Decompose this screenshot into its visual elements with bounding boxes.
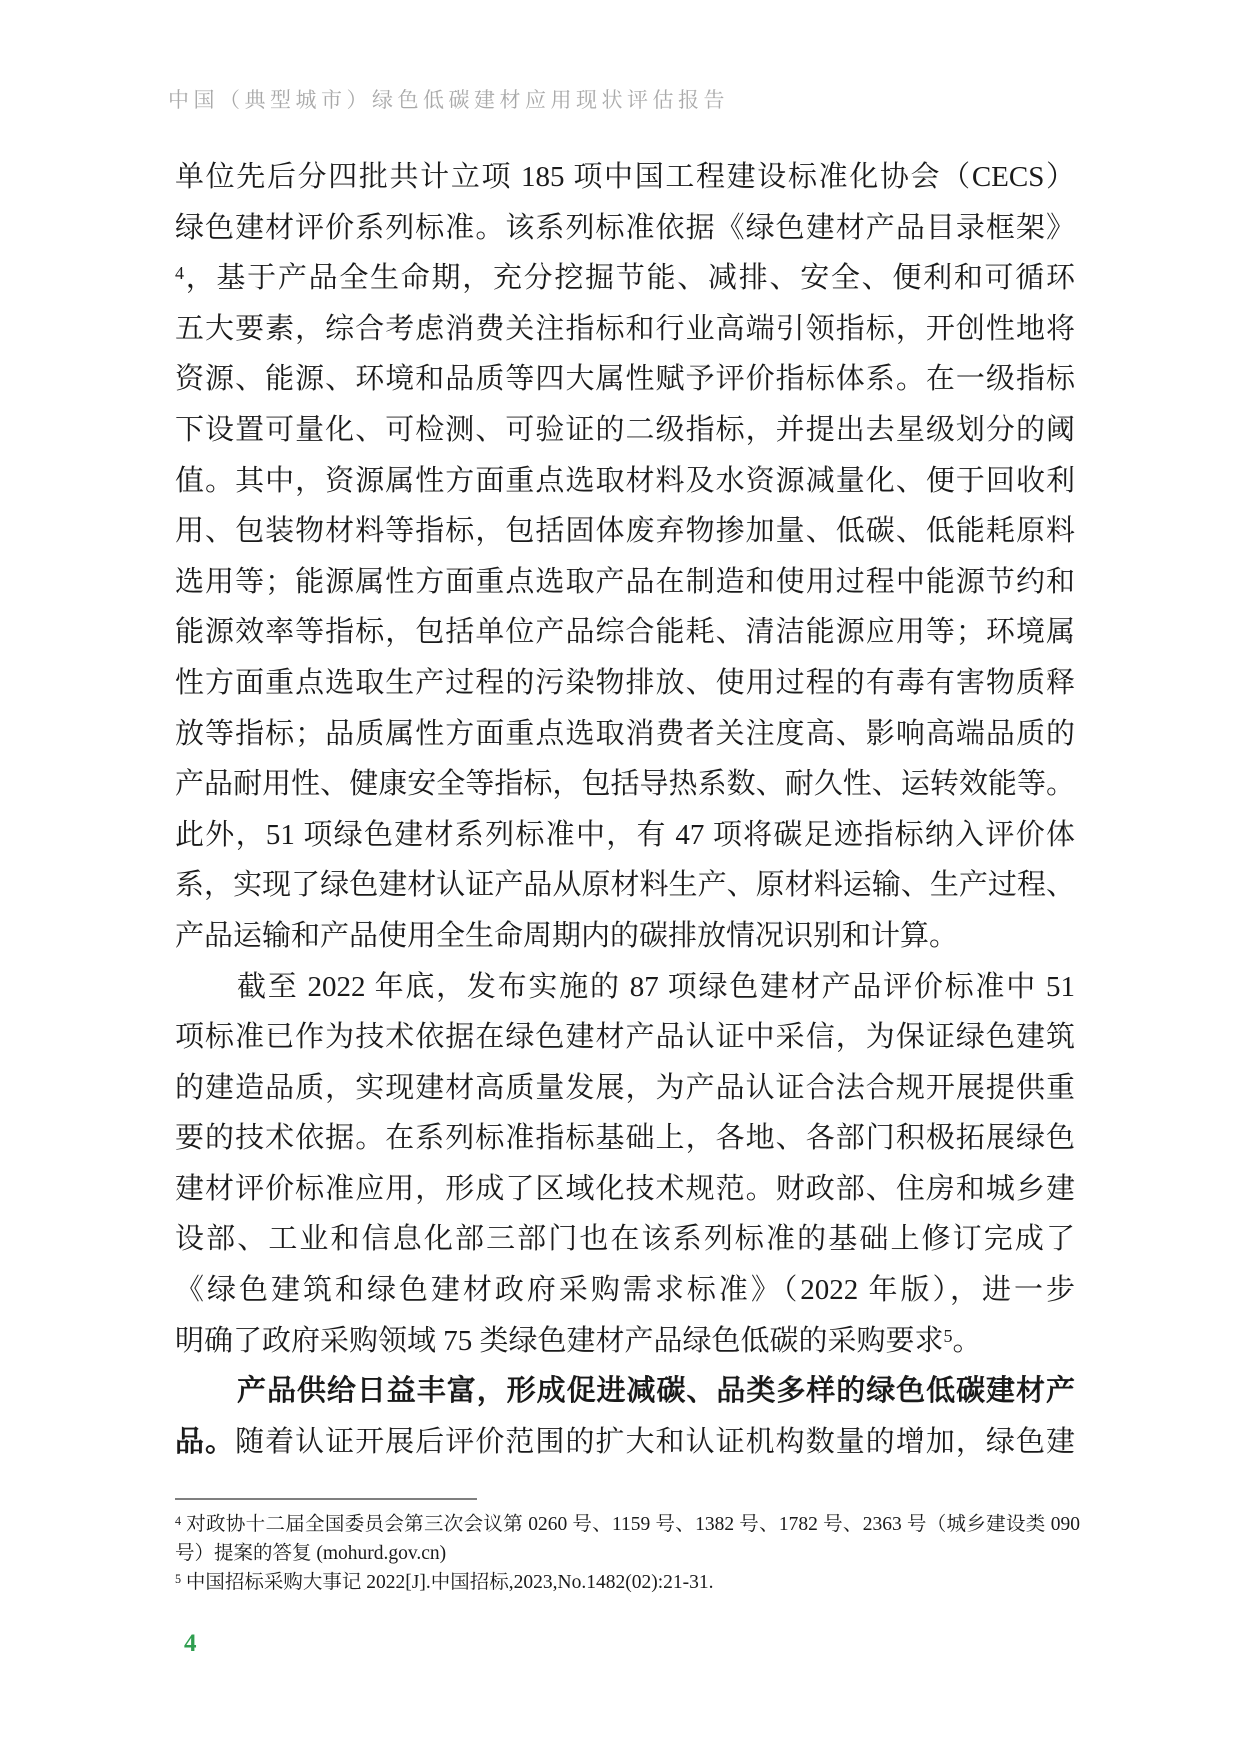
body-line: 五大要素，综合考虑消费关注指标和行业高端引领指标，开创性地将 xyxy=(175,304,1075,355)
text-run: 系，实现了绿色建材认证产品从原材料生产、原材料运输、生产过程、 xyxy=(175,869,1075,901)
text-run: 下设置可量化、可检测、可验证的二级指标，并提出去星级划分的阈 xyxy=(175,414,1075,446)
superscript-ref: 5 xyxy=(175,1572,181,1586)
text-run: 明确了政府采购领域 75 类绿色建材产品绿色低碳的采购要求 xyxy=(175,1325,944,1357)
footnote-line: 4 对政协十二届全国委员会第三次会议第 0260 号、1159 号、1382 号… xyxy=(175,1510,1080,1539)
text-run: 品。 xyxy=(175,1426,235,1458)
body-line: 值。其中，资源属性方面重点选取材料及水资源减量化、便于回收利 xyxy=(175,456,1075,507)
text-run: 要的技术依据。在系列标准指标基础上，各地、各部门积极拓展绿色 xyxy=(175,1122,1075,1154)
text-run: 《绿色建筑和绿色建材政府采购需求标准》（2022 年版），进一步 xyxy=(175,1274,1075,1306)
document-page: 中国（典型城市）绿色低碳建材应用现状评估报告 单位先后分四批共计立项 185 项… xyxy=(0,0,1241,1754)
body-line: 《绿色建筑和绿色建材政府采购需求标准》（2022 年版），进一步 xyxy=(175,1265,1075,1316)
body-line: 建材评价标准应用，形成了区域化技术规范。财政部、住房和城乡建 xyxy=(175,1164,1075,1215)
footnote-separator xyxy=(175,1498,477,1500)
body-line: 截至 2022 年底，发布实施的 87 项绿色建材产品评价标准中 51 xyxy=(175,962,1075,1013)
body-line: 产品供给日益丰富，形成促进减碳、品类多样的绿色低碳建材产 xyxy=(175,1366,1075,1417)
superscript-ref: 4 xyxy=(175,1514,181,1528)
body-line: 要的技术依据。在系列标准指标基础上，各地、各部门积极拓展绿色 xyxy=(175,1113,1075,1164)
text-run: 。 xyxy=(953,1325,982,1357)
body-line: 系，实现了绿色建材认证产品从原材料生产、原材料运输、生产过程、 xyxy=(175,860,1075,911)
body-line: 绿色建材评价系列标准。该系列标准依据《绿色建材产品目录框架》 xyxy=(175,203,1075,254)
body-line: 此外，51 项绿色建材系列标准中，有 47 项将碳足迹指标纳入评价体 xyxy=(175,810,1075,861)
text-run: 资源、能源、环境和品质等四大属性赋予评价指标体系。在一级指标 xyxy=(175,363,1075,395)
text-run: 单位先后分四批共计立项 185 项中国工程建设标准化协会（CECS） xyxy=(175,161,1075,193)
text-run: 截至 2022 年底，发布实施的 87 项绿色建材产品评价标准中 51 xyxy=(237,971,1075,1003)
text-run: ，基于产品全生命期，充分挖掘节能、减排、安全、便利和可循环 xyxy=(184,262,1075,294)
text-run: 的建造品质，实现建材高质量发展，为产品认证合法合规开展提供重 xyxy=(175,1072,1075,1104)
body-line: 明确了政府采购领域 75 类绿色建材产品绿色低碳的采购要求5。 xyxy=(175,1316,1075,1367)
text-run: 建材评价标准应用，形成了区域化技术规范。财政部、住房和城乡建 xyxy=(175,1173,1075,1205)
running-header-title: 中国（典型城市）绿色低碳建材应用现状评估报告 xyxy=(168,84,729,114)
text-run: 此外，51 项绿色建材系列标准中，有 47 项将碳足迹指标纳入评价体 xyxy=(175,819,1075,851)
text-run: 绿色建材评价系列标准。该系列标准依据《绿色建材产品目录框架》 xyxy=(175,212,1075,244)
body-line: 下设置可量化、可检测、可验证的二级指标，并提出去星级划分的阈 xyxy=(175,405,1075,456)
body-line: 放等指标；品质属性方面重点选取消费者关注度高、影响高端品质的 xyxy=(175,709,1075,760)
footnotes: 4 对政协十二届全国委员会第三次会议第 0260 号、1159 号、1382 号… xyxy=(175,1510,1080,1597)
text-run: 号）提案的答复 (mohurd.gov.cn) xyxy=(175,1543,446,1564)
text-run: 放等指标；品质属性方面重点选取消费者关注度高、影响高端品质的 xyxy=(175,718,1075,750)
text-run: 能源效率等指标，包括单位产品综合能耗、清洁能源应用等；环境属 xyxy=(175,616,1075,648)
body-line: 产品耐用性、健康安全等指标，包括导热系数、耐久性、运转效能等。 xyxy=(175,759,1075,810)
body-line: 产品运输和产品使用全生命周期内的碳排放情况识别和计算。 xyxy=(175,911,1075,962)
body-line: 用、包装物材料等指标，包括固体废弃物掺加量、低碳、低能耗原料 xyxy=(175,506,1075,557)
text-run: 随着认证开展后评价范围的扩大和认证机构数量的增加，绿色建 xyxy=(235,1426,1075,1458)
body-line: 设部、工业和信息化部三部门也在该系列标准的基础上修订完成了 xyxy=(175,1214,1075,1265)
body-text: 单位先后分四批共计立项 185 项中国工程建设标准化协会（CECS）绿色建材评价… xyxy=(175,152,1075,1467)
text-run: 产品供给日益丰富，形成促进减碳、品类多样的绿色低碳建材产 xyxy=(237,1375,1075,1407)
text-run: 值。其中，资源属性方面重点选取材料及水资源减量化、便于回收利 xyxy=(175,465,1075,497)
text-run: 设部、工业和信息化部三部门也在该系列标准的基础上修订完成了 xyxy=(175,1223,1075,1255)
footnote-line: 5 中国招标采购大事记 2022[J].中国招标,2023,No.1482(02… xyxy=(175,1568,1080,1597)
text-run: 产品耐用性、健康安全等指标，包括导热系数、耐久性、运转效能等。 xyxy=(175,768,1075,800)
text-run: 产品运输和产品使用全生命周期内的碳排放情况识别和计算。 xyxy=(175,920,958,952)
body-line: 的建造品质，实现建材高质量发展，为产品认证合法合规开展提供重 xyxy=(175,1063,1075,1114)
text-run: 项标准已作为技术依据在绿色建材产品认证中采信，为保证绿色建筑 xyxy=(175,1021,1075,1053)
superscript-ref: 5 xyxy=(944,1326,953,1346)
body-line: 项标准已作为技术依据在绿色建材产品认证中采信，为保证绿色建筑 xyxy=(175,1012,1075,1063)
text-run: 性方面重点选取生产过程的污染物排放、使用过程的有毒有害物质释 xyxy=(175,667,1075,699)
text-run: 对政协十二届全国委员会第三次会议第 0260 号、1159 号、1382 号、1… xyxy=(181,1514,1080,1535)
body-line: 能源效率等指标，包括单位产品综合能耗、清洁能源应用等；环境属 xyxy=(175,607,1075,658)
text-run: 用、包装物材料等指标，包括固体废弃物掺加量、低碳、低能耗原料 xyxy=(175,515,1075,547)
body-line: 品。随着认证开展后评价范围的扩大和认证机构数量的增加，绿色建 xyxy=(175,1417,1075,1468)
text-run: 五大要素，综合考虑消费关注指标和行业高端引领指标，开创性地将 xyxy=(175,313,1075,345)
body-line: 单位先后分四批共计立项 185 项中国工程建设标准化协会（CECS） xyxy=(175,152,1075,203)
footnote-line: 号）提案的答复 (mohurd.gov.cn) xyxy=(175,1539,1080,1568)
body-line: 4，基于产品全生命期，充分挖掘节能、减排、安全、便利和可循环 xyxy=(175,253,1075,304)
page-number: 4 xyxy=(184,1630,197,1658)
body-line: 性方面重点选取生产过程的污染物排放、使用过程的有毒有害物质释 xyxy=(175,658,1075,709)
text-run: 选用等；能源属性方面重点选取产品在制造和使用过程中能源节约和 xyxy=(175,566,1075,598)
body-line: 资源、能源、环境和品质等四大属性赋予评价指标体系。在一级指标 xyxy=(175,354,1075,405)
superscript-ref: 4 xyxy=(175,263,184,283)
body-line: 选用等；能源属性方面重点选取产品在制造和使用过程中能源节约和 xyxy=(175,557,1075,608)
text-run: 中国招标采购大事记 2022[J].中国招标,2023,No.1482(02):… xyxy=(181,1572,713,1593)
